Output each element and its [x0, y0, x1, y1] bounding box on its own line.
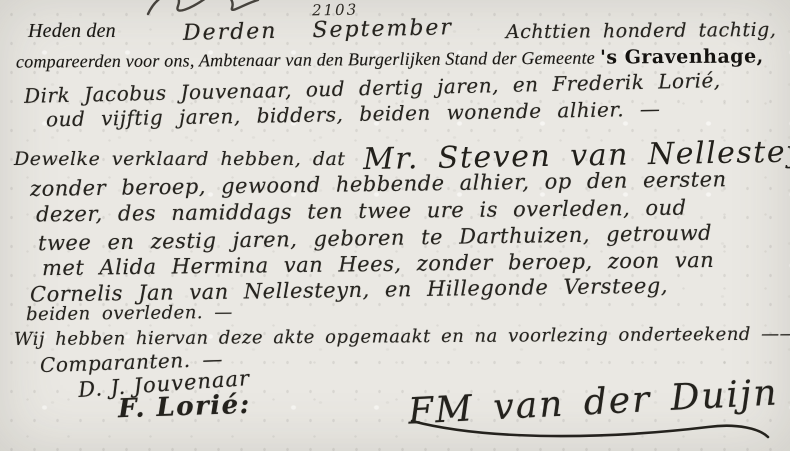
form-gemeente-name: 's Gravenhage, — [600, 45, 764, 68]
form-compareerden: compareerden voor ons, Ambtenaar van den… — [16, 48, 595, 72]
declaration-prefix: Dewelke verklaard hebben, dat — [14, 148, 345, 170]
line-date: Heden den Derden September Achttien hond… — [28, 18, 776, 43]
form-heden-den: Heden den — [28, 20, 116, 42]
signature-registrar-block: FM van der Duijn — [408, 382, 779, 441]
line-comparution: compareerden voor ons, Ambtenaar van den… — [16, 45, 764, 72]
death-certificate-scan: 2103 Heden den Derden September Achttien… — [0, 0, 790, 451]
line-body-6: beiden overleden. — — [26, 302, 233, 325]
handwritten-date-fill: Derden September — [183, 15, 453, 46]
handwritten-year-fill: Achttien honderd tachtig, — [506, 19, 777, 43]
previous-act-flourish-icon — [140, 0, 290, 16]
line-closing-1: Wij hebben hiervan deze akte opgemaakt e… — [14, 323, 790, 350]
signature-declarant-2: F. Lorié: — [118, 390, 252, 425]
